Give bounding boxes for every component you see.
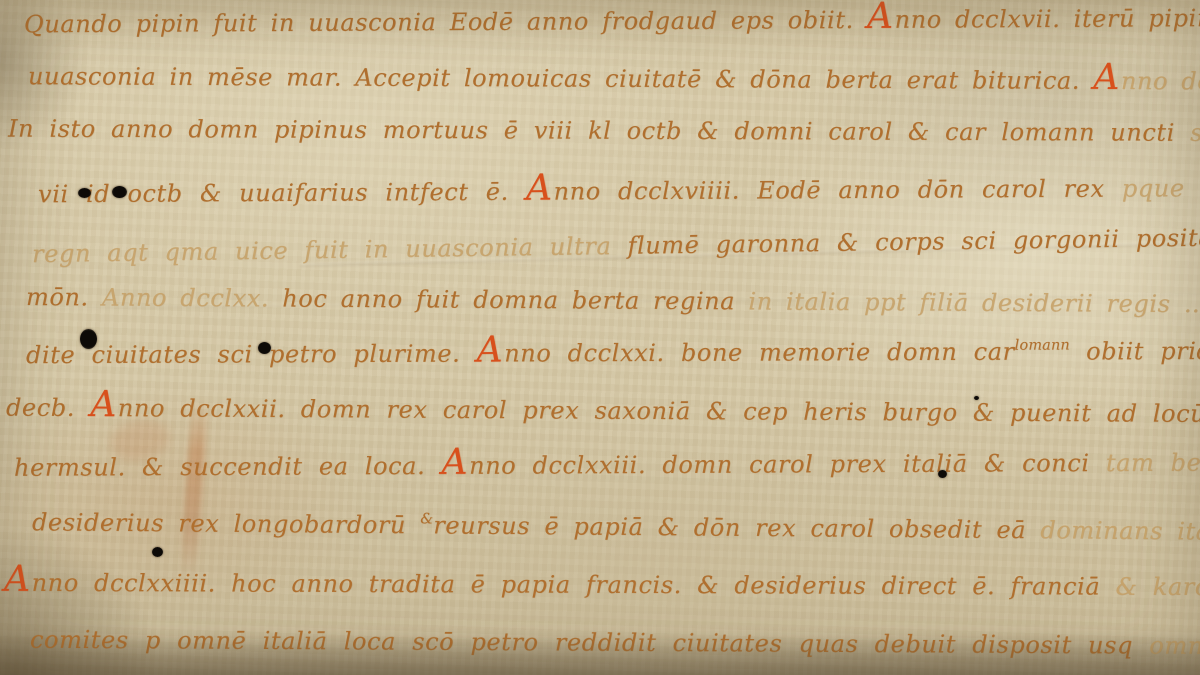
manuscript-line-11: Anno dcclxxiiii. hoc anno tradita ē papi… <box>4 568 1200 603</box>
text-segment: Quando pipin fuit in uuasconia <box>24 8 450 38</box>
manuscript-line-9: hermsul. & succendit ea loca. Anno dcclx… <box>14 447 1200 483</box>
text-segment: flumē garonna & corps sci gorgonii posit… <box>627 223 1200 260</box>
parchment-hole <box>938 470 947 478</box>
manuscript-line-7: dite ciuitates sci petro plurime. Anno d… <box>26 336 1200 374</box>
rubric-initial: A <box>526 168 553 209</box>
rubric-initial: A <box>477 329 504 370</box>
text-segment: decb. <box>6 394 90 422</box>
parchment-hole <box>152 547 163 557</box>
text-segment: desiderius rex longobardorū <box>32 508 420 539</box>
text-segment: pque co pir <box>1122 174 1200 203</box>
rubric-initial: A <box>441 442 468 483</box>
text-segment: & <box>420 511 433 527</box>
text-segment: reursus ē papiā & dōn rex carol obsedit … <box>433 511 1040 544</box>
text-segment: nno dcclxviiii. Eodē anno dōn carol rex <box>554 175 1122 206</box>
text-segment: Anno dcclxx. <box>102 283 283 312</box>
rubric-initial: A <box>867 0 894 37</box>
rubric-initial: A <box>90 384 117 425</box>
rubric-initial: A <box>1093 57 1120 98</box>
text-segment: in italia ppt filiā desiderii regis … & … <box>748 287 1200 319</box>
ink-stain <box>180 398 209 579</box>
text-segment: lomann <box>1015 337 1070 353</box>
parchment-hole <box>258 342 271 354</box>
text-segment: nno dcclxviii. <box>1121 67 1200 96</box>
text-segment: regn aqt qma uice fuit in uuasconia ultr… <box>32 232 628 268</box>
text-segment: sūt in reges <box>1190 119 1200 148</box>
text-segment: In isto anno domn pipinus mortuus ē viii… <box>8 115 1190 147</box>
text-segment: comites p omnē italiā loca scō petro red… <box>30 626 1149 660</box>
rubric-initial: A <box>4 559 31 600</box>
parchment-hole <box>974 396 979 400</box>
text-segment: omnib … <box>1149 632 1200 661</box>
parchment-hole <box>78 188 91 198</box>
parchment-hole <box>80 329 97 349</box>
text-segment: mōn. <box>26 283 102 311</box>
manuscript-photo: Quando pipin fuit in uuasconia Eodē anno… <box>0 0 1200 675</box>
text-segment: nno dcclxxii. domn rex carol prex saxoni… <box>118 394 1200 428</box>
text-segment: nno dcclxvii. iterū pipin fuit in <box>895 4 1200 34</box>
manuscript-line-4: vii id octb & uuaifarius intfect ē. Anno… <box>38 173 1200 210</box>
manuscript-line-1: Quando pipin fuit in uuasconia Eodē anno… <box>24 3 1200 40</box>
manuscript-line-6: mōn. Anno dcclxx. hoc anno fuit domna be… <box>26 282 1200 320</box>
text-segment: nno dcclxxiiii. hoc anno tradita ē papia… <box>32 569 1116 601</box>
manuscript-line-10: desiderius rex longobardorū &reursus ē p… <box>32 507 1200 551</box>
manuscript-line-8: decb. Anno dcclxxii. domn rex carol prex… <box>6 393 1200 430</box>
manuscript-line-2: uuasconia in mēse mar. Accepit lomouicas… <box>28 61 1200 97</box>
manuscript-line-5: regn aqt qma uice fuit in uuasconia ultr… <box>32 221 1200 269</box>
parchment-hole <box>112 186 127 198</box>
text-segment: Eodē anno frodgaud eps obiit. <box>450 6 867 36</box>
text-segment: obiit prid no <box>1070 337 1200 366</box>
text-segment: nno dcclxxiii. domn carol prex italiā & … <box>469 449 1106 480</box>
text-segment: tam bello sup <box>1106 448 1200 477</box>
manuscript-line-12: comites p omnē italiā loca scō petro red… <box>30 625 1200 661</box>
manuscript-line-3: In isto anno domn pipinus mortuus ē viii… <box>8 114 1200 149</box>
text-segment: & karol misit <box>1115 573 1200 602</box>
text-segment: hoc anno fuit domna berta regina <box>282 285 748 316</box>
text-segment: uuasconia in mēse mar. Accepit lomouicas… <box>28 62 1093 95</box>
text-segment: nno dcclxxi. bone memorie domn car <box>504 338 1015 368</box>
text-segment: hermsul. & succendit ea loca. <box>14 452 442 482</box>
text-segment: dominans italiā <box>1040 516 1200 546</box>
